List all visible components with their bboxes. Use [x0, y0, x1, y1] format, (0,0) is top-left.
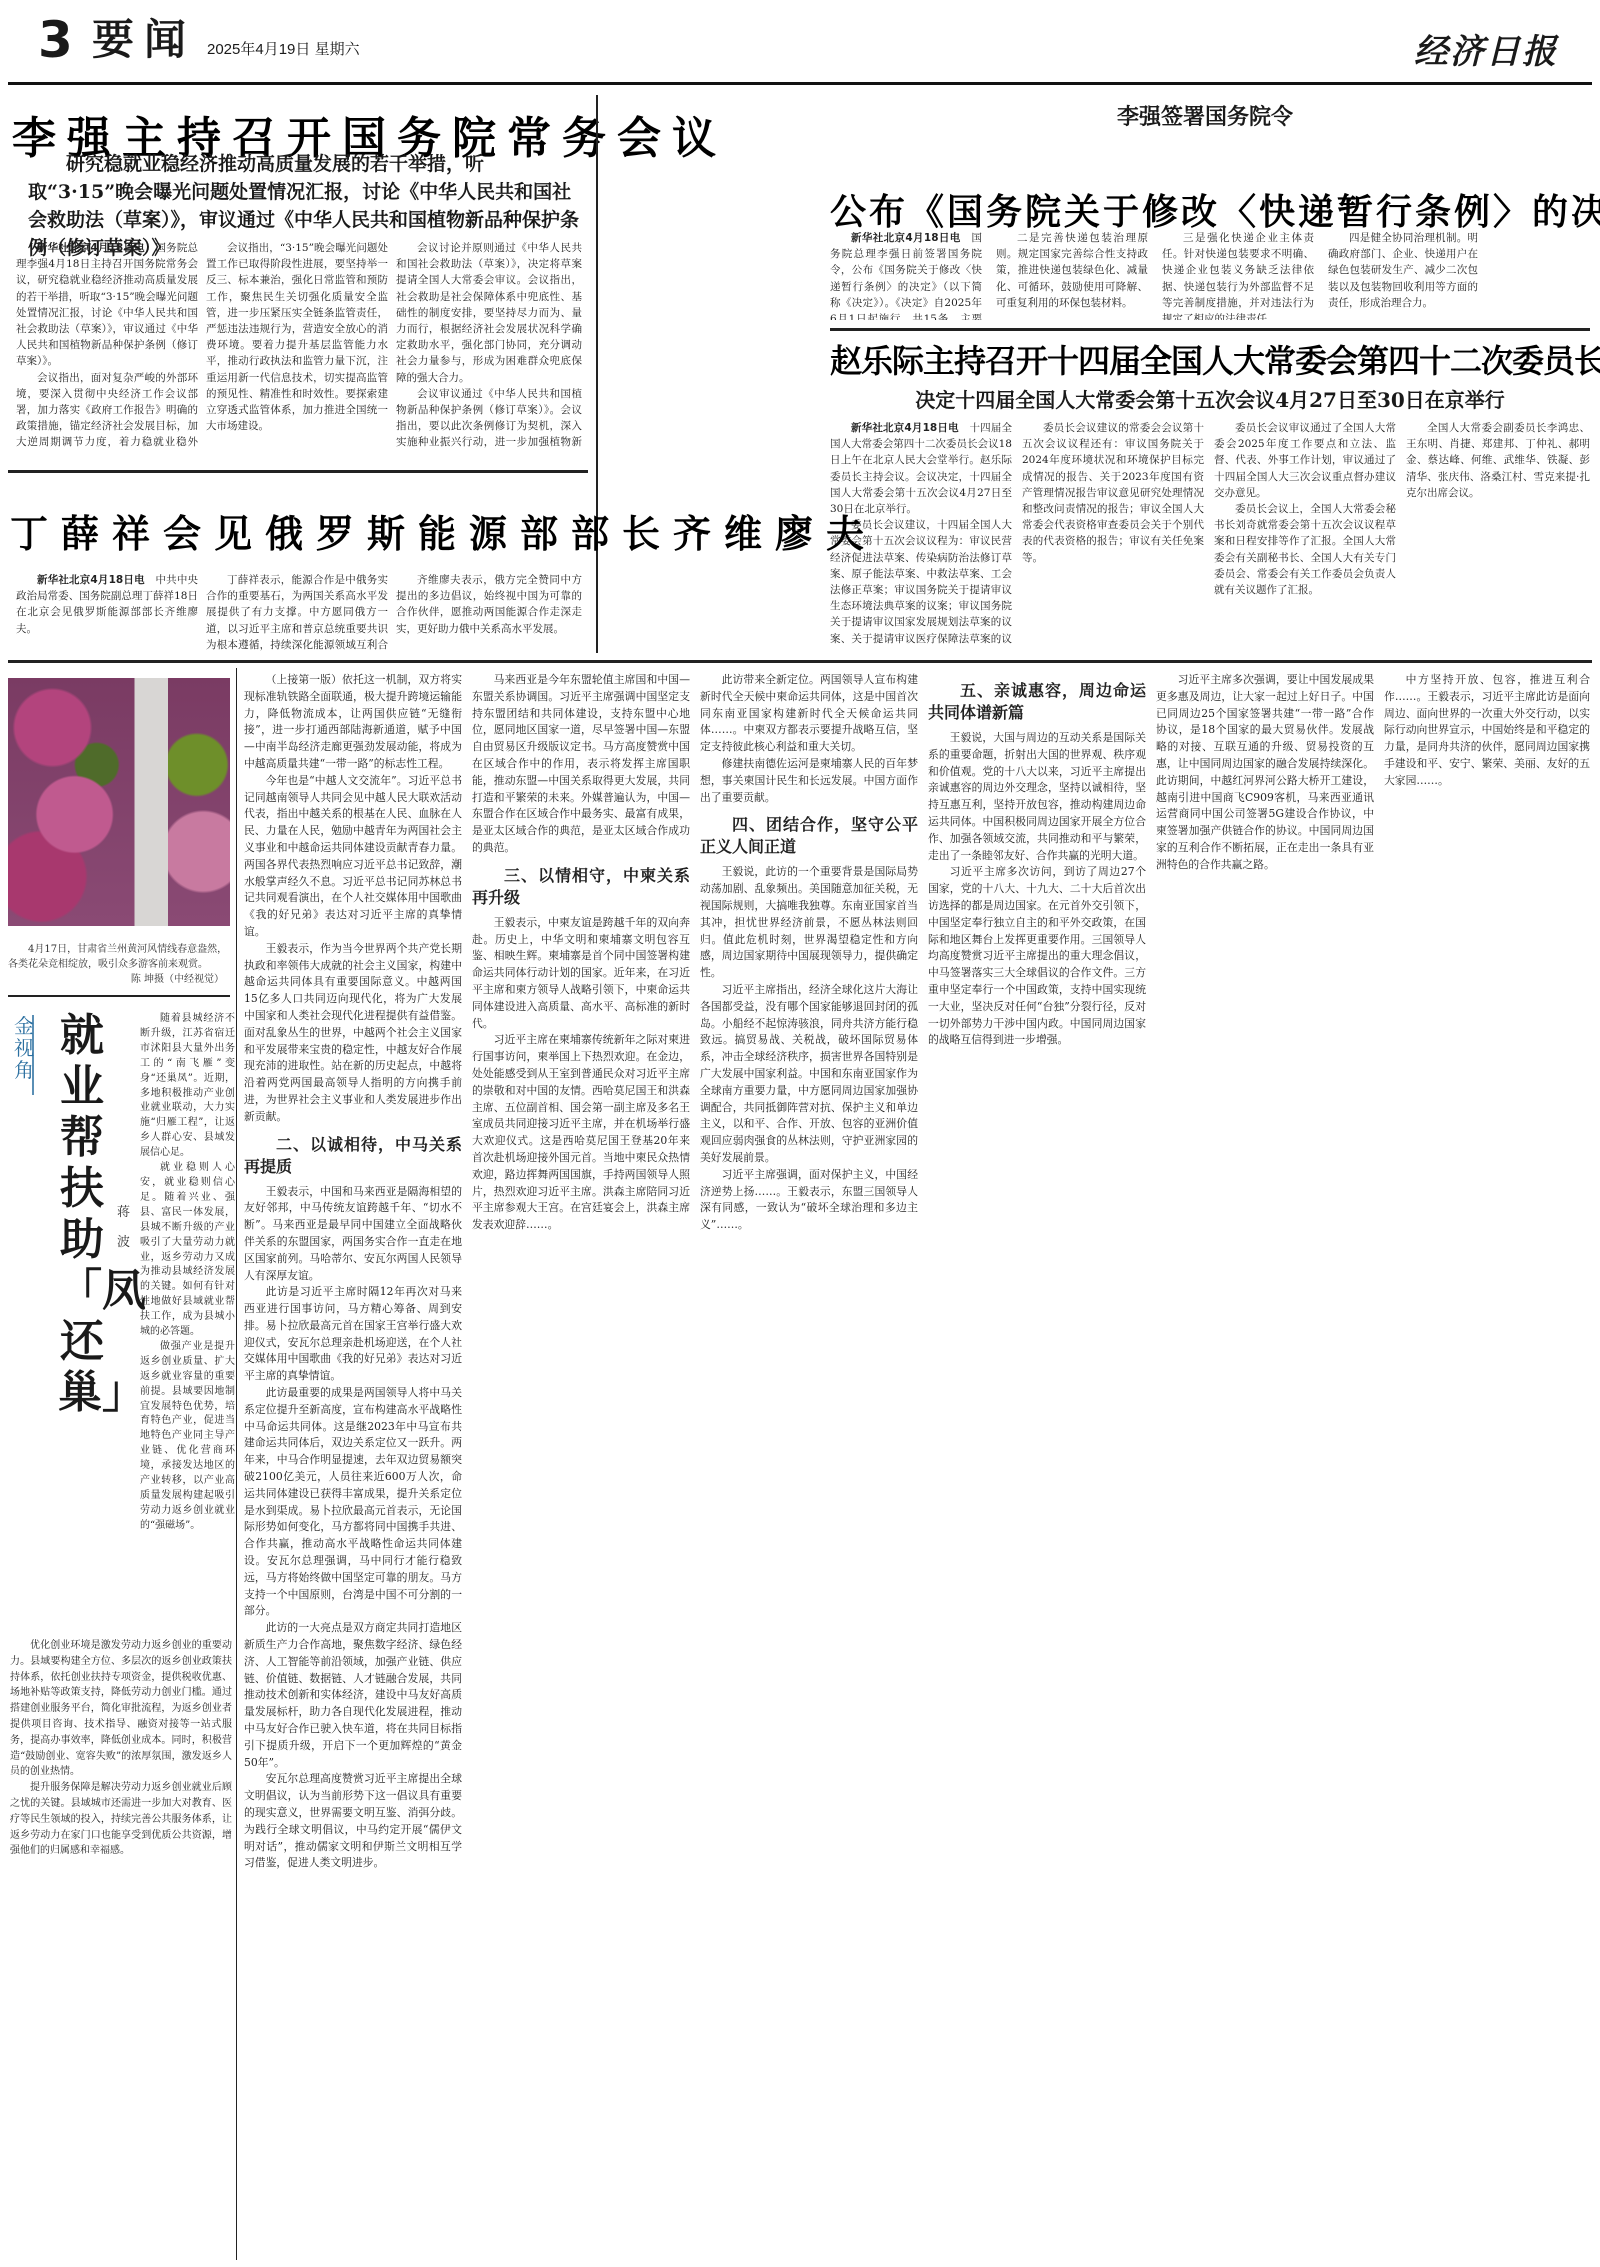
- article2-headline: 公布《国务院关于修改〈快递暂行条例〉的决定》: [830, 184, 1590, 235]
- feature-col4: 五、亲诚惠容，周边命运共同体谱新篇 王毅说，大国与周边的互动关系是国际关系的重要…: [928, 672, 1146, 2264]
- article3-para: 委员长会议上，全国人大常委会秘书长刘奇就常委会第十五次会议议程草案和日程安排等作…: [1214, 501, 1396, 598]
- article1-para: 国务院总理李强4月18日主持召开国务院常务会议，研究稳就业稳经济推动高质量发展的…: [16, 242, 198, 367]
- issue-date: 2025年4月19日 星期六: [207, 38, 360, 59]
- article1-para: 会议讨论并原则通过《中华人民共和国社会救助法（草案）》，决定将草案提请全国人大常…: [396, 240, 582, 386]
- article3-headline: 赵乐际主持召开十四届全国人大常委会第四十二次委员长会议: [830, 336, 1590, 382]
- column-divider: [596, 95, 598, 653]
- column-para: 随着县城经济不断升级，江苏省宿迁市沭阳县大量外出务工的“南飞雁”变身“还巢凤”。…: [140, 1012, 235, 1161]
- feature-para: 王毅表示，中柬友谊是跨越千年的双向奔赴。历史上，中华文明和柬埔寨文明包容互鉴、相…: [472, 915, 690, 1033]
- feature-para: 王毅表示，中国和马来西亚是隔海相望的友好邻邦，中马传统友谊跨越千年、“切水不断”…: [244, 1184, 462, 1285]
- divider: [830, 328, 1590, 331]
- column-para: 提升服务保障是解决劳动力返乡创业就业后顾之忧的关键。县域城市还需进一步加大对教育…: [10, 1780, 232, 1859]
- feature-para: 依托这一机制，双方将实现标准轨铁路全面联通，极大提升跨境运输能力，降低物流成本，…: [244, 673, 462, 770]
- newspaper-logo: 经济日报: [1414, 24, 1558, 73]
- column-title: 就业帮扶助「凤还巢」: [58, 1010, 106, 1418]
- article3-para: 十四届全国人大常委会第四十二次委员长会议18日上午在北京人民大会堂举行。赵乐际委…: [830, 422, 1012, 515]
- feature-col3: 此访带来全新定位。两国领导人宣布构建新时代全天候中柬命运共同体，这是中国首次同东…: [700, 672, 918, 2264]
- feature-para: 今年也是“中越人文交流年”。习近平总书记同越南领导人共同会见中越人民大联欢活动代…: [244, 773, 462, 941]
- column-para: 优化创业环境是激发劳动力返乡创业的重要动力。县域要构建全方位、多层次的返乡创业政…: [10, 1638, 232, 1780]
- article2-para: 二是完善快递包装治理原则。规定国家完善综合性支持政策，推进快递包装绿色化、减量化…: [996, 230, 1148, 311]
- article3-para: 委员长会议审议通过了全国人大常委会2025年度工作要点和立法、监督、代表、外事工…: [1214, 420, 1396, 501]
- article4-para: 齐维廖夫表示，俄方完全赞同中方提出的多边倡议，始终视中国为可靠的合作伙伴，愿推动…: [396, 572, 582, 637]
- article3-col3: 委员长会议审议通过了全国人大常委会2025年度工作要点和立法、监督、代表、外事工…: [1214, 420, 1396, 648]
- article3-para: 全国人大常委会副委员长李鸿忠、王东明、肖捷、郑建邦、丁仲礼、郝明金、蔡达峰、何维…: [1406, 420, 1590, 501]
- article1-col2: 会议指出，“3·15”晚会曝光问题处置工作已取得阶段性进展，要坚持举一反三、标本…: [206, 240, 388, 450]
- feature-col6: 中方坚持开放、包容，推进互利合作……。王毅表示，习近平主席此访是面向周边、面向世…: [1384, 672, 1590, 2264]
- feature-col5: 习近平主席多次强调，要让中国发展成果更多惠及周边，让大家一起过上好日子。中国已同…: [1156, 672, 1374, 2264]
- feature-para: 习近平主席指出，经济全球化这片大海让各国都受益，没有哪个国家能够退回封闭的孤岛。…: [700, 982, 918, 1167]
- photo-caption: 4月17日，甘肃省兰州黄河风情线春意盎然，各类花朵竞相绽放，吸引众多游客前来观赏…: [8, 942, 230, 987]
- article3-subheadline: 决定十四届全国人大常委会第十五次会议4月27日至30日在京举行: [830, 384, 1590, 413]
- feature-para: 此访最重要的成果是两国领导人将中马关系定位提升至新高度，宣布构建高水平战略性中马…: [244, 1385, 462, 1620]
- article2-dateline: 新华社北京4月18日电: [851, 232, 961, 244]
- column-para: 做强产业是提升返乡创业质量、扩大返乡就业容量的重要前提。县域要因地制宜发展特色优…: [140, 1340, 235, 1534]
- article3-dateline: 新华社北京4月18日电: [851, 422, 959, 434]
- column-body: 随着县城经济不断升级，江苏省宿迁市沭阳县大量外出务工的“南飞雁”变身“还巢凤”。…: [140, 1012, 235, 1632]
- divider: [8, 995, 230, 997]
- feature-col1: （上接第一版）依托这一机制，双方将实现标准轨铁路全面联通，极大提升跨境运输能力，…: [244, 672, 462, 2264]
- article4-dateline: 新华社北京4月18日电: [37, 574, 145, 586]
- feature-para: 习近平主席强调，面对保护主义，中国经济逆势上扬……。王毅表示，东盟三国领导人深有…: [700, 1167, 918, 1234]
- article2-col3: 三是强化快递企业主体责任。针对快递包装要求不明确、快递企业包装义务缺乏法律依据、…: [1162, 230, 1314, 320]
- section-heading: 五、亲诚惠容，周边命运共同体谱新篇: [928, 680, 1146, 724]
- article2-col1: 新华社北京4月18日电 国务院总理李强日前签署国务院令，公布《国务院关于修改〈快…: [830, 230, 982, 320]
- section-title: 要闻: [92, 10, 196, 70]
- column-divider: [236, 668, 237, 2260]
- article2-para: 三是强化快递企业主体责任。针对快递包装要求不明确、快递企业包装义务缺乏法律依据、…: [1162, 230, 1314, 320]
- feature-para: 此访带来全新定位。两国领导人宣布构建新时代全天候中柬命运共同体，这是中国首次同东…: [700, 672, 918, 756]
- article2-kicker: 李强签署国务院令: [820, 100, 1590, 131]
- feature-para: 此访是习近平主席时隔12年再次对马来西亚进行国事访问，马方精心筹备、周到安排。易…: [244, 1284, 462, 1385]
- article2-para: 国务院总理李强日前签署国务院令，公布《国务院关于修改〈快递暂行条例〉的决定》（以…: [830, 232, 982, 320]
- article4-col1: 新华社北京4月18日电 中共中央政治局常委、国务院副总理丁薛祥18日在北京会见俄…: [16, 572, 198, 652]
- article2-col4: 四是健全协同治理机制。明确政府部门、企业、快递用户在绿色包装研发生产、减少二次包…: [1328, 230, 1478, 320]
- feature-para: 王毅说，此访的一个重要背景是国际局势动荡加剧、乱象频出。美国随意加征关税，无视国…: [700, 864, 918, 982]
- feature-para: 王毅说，大国与周边的互动关系是国际关系的重要命题，折射出大国的世界观、秩序观和价…: [928, 730, 1146, 864]
- article4-col3: 齐维廖夫表示，俄方完全赞同中方提出的多边倡议，始终视中国为可靠的合作伙伴，愿推动…: [396, 572, 582, 652]
- masthead-rule: [8, 82, 1592, 85]
- divider: [8, 660, 1592, 663]
- column-body-continued: 优化创业环境是激发劳动力返乡创业的重要动力。县域要构建全方位、多层次的返乡创业政…: [10, 1638, 232, 2258]
- feature-col2: 马来西亚是今年东盟轮值主席国和中国—东盟关系协调国。习近平主席强调中国坚定支持东…: [472, 672, 690, 2264]
- feature-para: 习近平主席在柬埔寨传统新年之际对柬进行国事访问，柬举国上下热烈欢迎。在金边，处处…: [472, 1032, 690, 1234]
- article4-col2: 丁薛祥表示，能源合作是中俄务实合作的重要基石，为两国关系高水平发展提供了有力支撑…: [206, 572, 388, 652]
- article1-col1: 新华社北京4月18日电 国务院总理李强4月18日主持召开国务院常务会议，研究稳就…: [16, 240, 198, 450]
- feature-para: 安瓦尔总理高度赞赏习近平主席提出全球文明倡议，认为当前形势下这一倡议具有重要的现…: [244, 1771, 462, 1872]
- photo-caption-text: 4月17日，甘肃省兰州黄河风情线春意盎然，各类花朵竞相绽放，吸引众多游客前来观赏…: [8, 942, 230, 972]
- news-photo: [8, 678, 230, 926]
- feature-para: 修建扶南德佐运河是柬埔寨人民的百年梦想，事关柬国计民生和长远发展。中国方面作出了…: [700, 756, 918, 806]
- feature-para: 习近平主席多次访问，到访了周边27个国家，党的十八大、十九大、二十大后首次出访选…: [928, 864, 1146, 1049]
- column-author: 蒋 波: [117, 1198, 133, 1258]
- feature-para: 马来西亚是今年东盟轮值主席国和中国—东盟关系协调国。习近平主席强调中国坚定支持东…: [472, 672, 690, 857]
- article1-col3: 会议讨论并原则通过《中华人民共和国社会救助法（草案）》，决定将草案提请全国人大常…: [396, 240, 582, 450]
- feature-para: 中方坚持开放、包容，推进互利合作……。王毅表示，习近平主席此访是面向周边、面向世…: [1384, 672, 1590, 790]
- column-para: 就业稳则人心安，就业稳则信心足。随着兴业、强县、富民一体发展，县城不断升级的产业…: [140, 1161, 235, 1340]
- continuation-note: （上接第一版）: [266, 673, 342, 686]
- feature-para: 王毅表示，作为当今世界两个共产党长期执政和率领伟大成就的社会主义国家，构建中越命…: [244, 941, 462, 1126]
- section-heading: 四、团结合作，坚守公平正义人间正道: [700, 814, 918, 858]
- article1-dateline: 新华社北京4月18日电: [37, 242, 145, 254]
- article4-para: 丁薛祥表示，能源合作是中俄务实合作的重要基石，为两国关系高水平发展提供了有力支撑…: [206, 572, 388, 652]
- article4-headline: 丁薛祥会见俄罗斯能源部部长齐维廖夫: [10, 503, 576, 558]
- article2-para: 四是健全协同治理机制。明确政府部门、企业、快递用户在绿色包装研发生产、减少二次包…: [1328, 230, 1478, 311]
- page-number: 3: [38, 8, 73, 72]
- article2-col2: 二是完善快递包装治理原则。规定国家完善综合性支持政策，推进快递包装绿色化、减量化…: [996, 230, 1148, 320]
- divider: [8, 470, 588, 473]
- article1-para: 会议审议通过《中华人民共和国植物新品种保护条例（修订草案）》。会议指出，要以此次…: [396, 386, 582, 450]
- feature-para: 习近平主席多次强调，要让中国发展成果更多惠及周边，让大家一起过上好日子。中国已同…: [1156, 672, 1374, 874]
- article3-col4: 全国人大常委会副委员长李鸿忠、王东明、肖捷、郑建邦、丁仲礼、郝明金、蔡达峰、何维…: [1406, 420, 1590, 648]
- column-tag: 金视角: [14, 1015, 34, 1095]
- section-heading: 二、以诚相待，中马关系再提质: [244, 1134, 462, 1178]
- article3-para: 委员长会议建议的常委会会议第十五次会议议程还有：审议国务院关于2024年度环境状…: [1022, 420, 1204, 566]
- article1-para: 会议指出，面对复杂严峻的外部环境，要深入贯彻中央经济工作会议部署，加力落实《政府…: [16, 370, 198, 450]
- photo-credit: 陈 坤摄（中经视觉）: [8, 972, 230, 987]
- article3-col2: 委员长会议建议的常委会会议第十五次会议议程还有：审议国务院关于2024年度环境状…: [1022, 420, 1204, 648]
- section-heading: 三、以情相守，中柬关系再升级: [472, 865, 690, 909]
- feature-para: 此访的一大亮点是双方商定共同打造地区新质生产力合作高地，聚焦数字经济、绿色经济、…: [244, 1620, 462, 1771]
- article1-para: 会议指出，“3·15”晚会曝光问题处置工作已取得阶段性进展，要坚持举一反三、标本…: [206, 240, 388, 434]
